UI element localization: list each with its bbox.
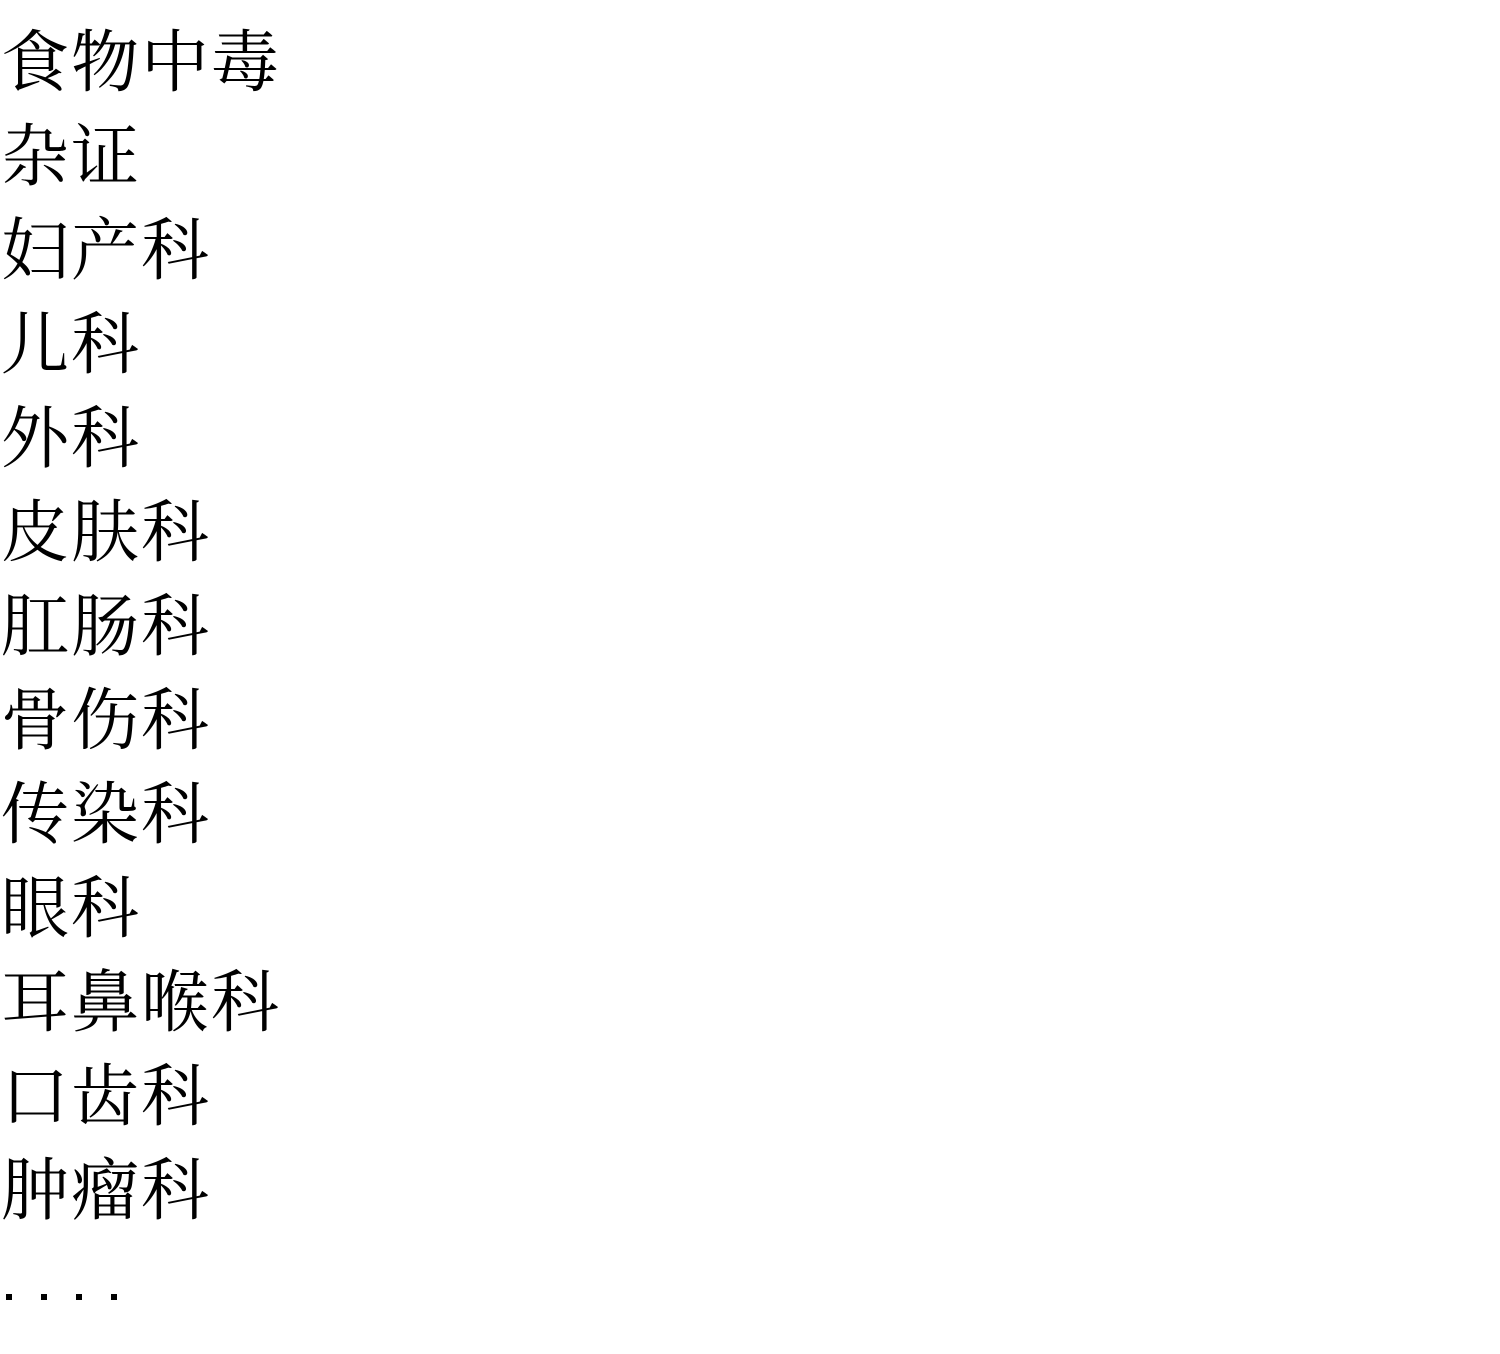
category-list: 食物中毒 杂证 妇产科 儿科 外科 皮肤科 肛肠科 骨伤科 传染科 眼科 耳鼻喉… bbox=[0, 17, 281, 1239]
ellipsis-dot bbox=[41, 1294, 47, 1300]
category-item: 儿科 bbox=[0, 299, 281, 393]
category-item: 肛肠科 bbox=[0, 581, 281, 675]
category-item: 皮肤科 bbox=[0, 487, 281, 581]
ellipsis-dot bbox=[111, 1294, 117, 1300]
category-item: 肿瘤科 bbox=[0, 1145, 281, 1239]
category-item: 杂证 bbox=[0, 111, 281, 205]
category-item: 口齿科 bbox=[0, 1051, 281, 1145]
category-item: 妇产科 bbox=[0, 205, 281, 299]
category-item: 骨伤科 bbox=[0, 675, 281, 769]
category-item: 食物中毒 bbox=[0, 17, 281, 111]
category-item: 耳鼻喉科 bbox=[0, 957, 281, 1051]
ellipsis-dot bbox=[6, 1294, 12, 1300]
clipped-previous-line bbox=[0, 0, 140, 3]
ellipsis-dot bbox=[76, 1294, 82, 1300]
category-item: 外科 bbox=[0, 393, 281, 487]
category-item: 传染科 bbox=[0, 769, 281, 863]
category-item: 眼科 bbox=[0, 863, 281, 957]
continuation-ellipsis bbox=[0, 1282, 140, 1312]
